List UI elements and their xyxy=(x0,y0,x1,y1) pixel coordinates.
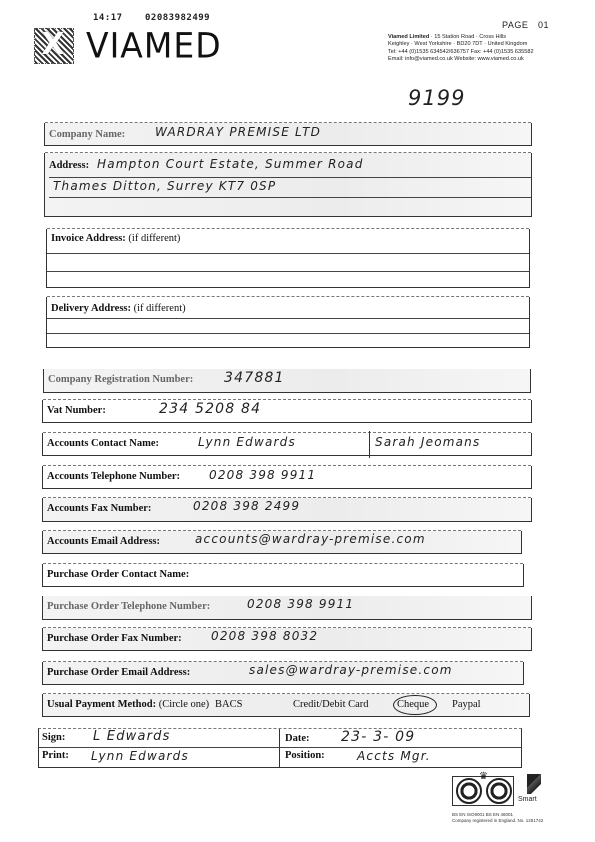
company-name-label: Company Name: xyxy=(49,129,125,140)
payment-method-field[interactable]: Usual Payment Method: (Circle one) BACS … xyxy=(42,694,530,717)
company-info-street: · 15 Station Road · Cross Hills xyxy=(429,34,506,40)
purchase-order-email-address-label: Purchase Order Email Address: xyxy=(47,667,190,678)
purchase-order-contact-name-label: Purchase Order Contact Name: xyxy=(47,569,189,580)
accounts-telephone-number-value: 0208 398 9911 xyxy=(209,468,316,482)
contact-divider xyxy=(369,431,370,458)
delivery-address-label: Delivery Address: (if different) xyxy=(51,303,186,314)
purchase-order-telephone-number-label: Purchase Order Telephone Number: xyxy=(47,601,210,612)
company-info: Viamed Limited · 15 Station Road · Cross… xyxy=(388,34,588,64)
company-registration-number-value: 347881 xyxy=(224,370,285,386)
accounts-contact-name-second-value: Sarah Jeomans xyxy=(375,435,480,449)
vat-number-value: 234 5208 84 xyxy=(159,401,261,417)
company-registration-number-field[interactable]: Company Registration Number: 347881 xyxy=(43,369,531,393)
payment-option-bacs[interactable]: BACS xyxy=(215,699,242,710)
accounts-fax-number-label: Accounts Fax Number: xyxy=(47,503,151,514)
vat-number-label: Vat Number: xyxy=(47,405,106,416)
crown-icon: ♛ xyxy=(479,771,488,782)
date-label: Date: xyxy=(285,733,310,744)
purchase-order-email-address-field[interactable]: Purchase Order Email Address: sales@ward… xyxy=(42,662,524,685)
reference-number: 9199 xyxy=(408,86,465,110)
footer-line2: Company registered in England. No. 12517… xyxy=(452,818,572,824)
page-number: 01 xyxy=(538,20,549,30)
accounts-email-address-label: Accounts Email Address: xyxy=(47,536,160,547)
company-info-name: Viamed Limited xyxy=(388,34,429,40)
accounts-contact-name-value: Lynn Edwards xyxy=(198,435,296,449)
purchase-order-fax-number-value: 0208 398 8032 xyxy=(211,629,318,643)
company-info-line1: Viamed Limited · 15 Station Road · Cross… xyxy=(388,34,588,41)
accounts-fax-number-value: 0208 398 2499 xyxy=(193,499,300,513)
company-registration-number-label: Company Registration Number: xyxy=(48,374,193,385)
print-label: Print: xyxy=(42,750,69,761)
fax-time: 14:17 xyxy=(93,13,123,23)
purchase-order-telephone-number-value: 0208 398 9911 xyxy=(247,597,354,611)
iso13485-badge-icon xyxy=(486,778,512,804)
signature-block: Sign: L Edwards Date: 23- 3- 09 Print: L… xyxy=(38,728,522,768)
company-name-field[interactable]: Company Name: WARDRAY PREMISE LTD xyxy=(44,123,532,146)
accounts-fax-number-field[interactable]: Accounts Fax Number: 0208 398 2499 xyxy=(42,498,532,522)
smart-logo-icon xyxy=(527,774,541,794)
purchase-order-telephone-number-field[interactable]: Purchase Order Telephone Number: 0208 39… xyxy=(42,596,532,620)
address-label: Address: xyxy=(49,160,89,171)
vat-number-field[interactable]: Vat Number: 234 5208 84 xyxy=(42,400,532,423)
purchase-order-email-address-value: sales@wardray-premise.com xyxy=(249,663,453,677)
accounts-contact-name-field[interactable]: Accounts Contact Name: Lynn Edwards Sara… xyxy=(42,433,532,456)
accounts-email-address-field[interactable]: Accounts Email Address: accounts@wardray… xyxy=(42,531,522,554)
logo: X xyxy=(34,28,74,64)
accounts-contact-name-label: Accounts Contact Name: xyxy=(47,438,159,449)
address-line2: Thames Ditton, Surrey KT7 0SP xyxy=(53,179,276,193)
position-value[interactable]: Accts Mgr. xyxy=(357,749,431,763)
page-label: PAGE xyxy=(502,20,528,30)
address-line1: Hampton Court Estate, Summer Road xyxy=(97,157,364,171)
logo-x-glyph: X xyxy=(34,28,72,62)
payment-option-paypal[interactable]: Paypal xyxy=(452,699,481,710)
payment-method-label: Usual Payment Method: (Circle one) xyxy=(47,699,209,710)
footer-certifications: BS EN ISO9001 BS EN 46001 Company regist… xyxy=(452,812,572,824)
delivery-address-field[interactable]: Delivery Address: (if different) xyxy=(46,297,530,348)
company-info-line3: Tel: +44 (0)1535 634542/636757 Fax: +44 … xyxy=(388,49,588,56)
accounts-telephone-number-label: Accounts Telephone Number: xyxy=(47,471,180,482)
company-info-line4: Email: info@viamed.co.uk Website: www.vi… xyxy=(388,56,588,63)
purchase-order-contact-name-field[interactable]: Purchase Order Contact Name: xyxy=(42,564,524,587)
sign-value[interactable]: L Edwards xyxy=(93,729,171,744)
position-label: Position: xyxy=(285,750,325,761)
smart-label: Smart xyxy=(518,796,537,803)
invoice-address-label: Invoice Address: (if different) xyxy=(51,233,180,244)
company-info-line2: Keighley · West Yorkshire · BD20 7DT · U… xyxy=(388,41,588,48)
sign-label: Sign: xyxy=(42,732,65,743)
selected-payment-circle xyxy=(393,695,437,715)
accounts-telephone-number-field[interactable]: Accounts Telephone Number: 0208 398 9911 xyxy=(42,466,532,489)
address-field[interactable]: Address: Hampton Court Estate, Summer Ro… xyxy=(44,153,532,217)
company-name-value: WARDRAY PREMISE LTD xyxy=(155,125,321,139)
invoice-address-field[interactable]: Invoice Address: (if different) xyxy=(46,229,530,288)
quality-badges: ♛ xyxy=(452,776,514,806)
date-value[interactable]: 23- 3- 09 xyxy=(341,729,415,745)
fax-number: 02083982499 xyxy=(145,13,210,23)
brand-name: VIAMED xyxy=(86,25,222,66)
purchase-order-fax-number-field[interactable]: Purchase Order Fax Number: 0208 398 8032 xyxy=(42,628,532,651)
print-value[interactable]: Lynn Edwards xyxy=(91,749,189,763)
purchase-order-fax-number-label: Purchase Order Fax Number: xyxy=(47,633,182,644)
payment-option-credit-debit-card[interactable]: Credit/Debit Card xyxy=(293,699,369,710)
accounts-email-address-value: accounts@wardray-premise.com xyxy=(195,532,426,546)
